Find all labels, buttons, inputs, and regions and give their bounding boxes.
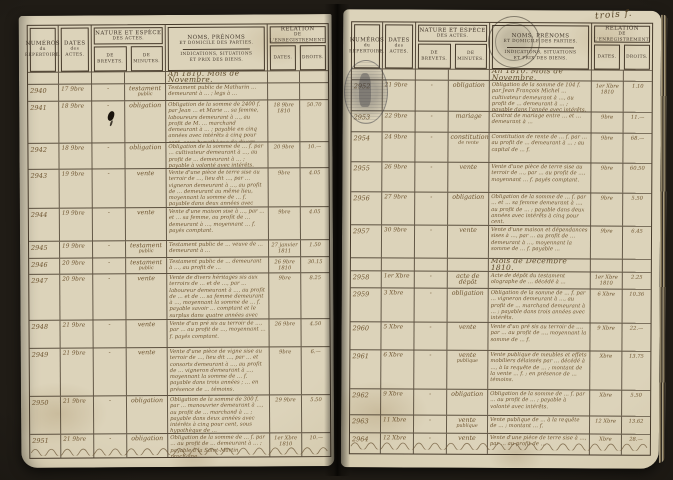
table-row: 294118 9bre-obligationObligation de la s… — [28, 99, 328, 143]
table-row: 296311 Xbre-ventepubliqueVente publique … — [350, 414, 650, 434]
act-type-label: obligation — [453, 82, 485, 89]
col-header-reg-droits: DROITS. — [298, 43, 328, 70]
entry-act-type: obligation — [125, 101, 166, 142]
registration-fee: 11.— — [624, 113, 652, 133]
entry-description: Testament public de Mathurin … demeurant… — [166, 83, 268, 100]
entry-description: Vente publique de … à la requête de … ; … — [488, 416, 590, 434]
registration-date: 9 Xbre — [590, 323, 622, 350]
act-type-label: vente — [459, 324, 477, 331]
table-row: 295526 9bre-venteVente d'une pièce de te… — [351, 161, 651, 193]
entry-description: Vente d'un pré sis au terroir de …, par … — [488, 323, 590, 351]
registration-date: 18 9bre 1810 — [268, 100, 300, 141]
act-type-sublabel: public — [127, 92, 163, 98]
table-row: 295627 9bre-obligationObligation de la s… — [351, 191, 651, 226]
brevet-mark: - — [414, 390, 447, 415]
col-header-brevets: DE BREVETS. — [92, 44, 129, 71]
table-row: 294419 9bre-venteVente d'une maison sise… — [29, 206, 329, 241]
empty-cell — [125, 72, 166, 83]
entry-date: 17 9bre — [59, 85, 92, 101]
registration-date — [268, 83, 300, 99]
entry-date: 27 9bre — [382, 192, 415, 224]
registration-fee: 4.05 — [301, 207, 329, 239]
entry-act-type: obligation — [127, 396, 168, 433]
entry-date: 26 9bre — [382, 162, 415, 191]
empty-cell — [351, 258, 382, 270]
act-type-label: obligation — [131, 435, 163, 442]
registration-fee: 6.— — [302, 347, 330, 394]
entry-number: 2955 — [351, 162, 382, 191]
brevet-mark: - — [93, 169, 126, 207]
entry-act-type: testamentpublic — [126, 258, 167, 273]
registration-fee: 1.50 — [301, 240, 329, 256]
entry-description: Vente de divers héritages sis aux terroi… — [167, 273, 269, 319]
entry-act-type: vente — [127, 348, 168, 395]
entry-date: 21 9bre — [61, 397, 94, 434]
registration-fee: 60.50 — [623, 164, 651, 193]
act-type-label: mariage — [455, 113, 481, 120]
table-row: 295424 9bre-constitutionde renteConstitu… — [351, 131, 651, 163]
table-header: NUMÉROS du RÉPERTOIRE. DATES des ACTES. — [352, 22, 652, 70]
entry-number: 2949 — [30, 349, 61, 396]
table-row: 29581er Xbre-acte de dépôtActe de dépôt … — [351, 270, 651, 289]
table-row: 294620 9bre-testamentpublicTestament pub… — [29, 256, 329, 274]
col-header-brevets: DE BREVETS. — [416, 42, 453, 69]
table-row: 294921 9bre-venteVente d'une pièce de vi… — [30, 346, 330, 396]
brevet-mark: - — [92, 143, 125, 168]
entry-act-type: obligation — [448, 289, 489, 322]
entry-act-type: vente — [447, 323, 488, 350]
empty-cell — [416, 70, 449, 80]
act-type-label: vente — [460, 164, 478, 171]
entry-description: Contrat de mariage entre … et … demeuran… — [490, 112, 592, 133]
registration-date: 9bre — [591, 193, 623, 225]
act-type-sublabel: public — [128, 249, 164, 255]
brevet-mark: - — [415, 163, 448, 192]
header-divider — [183, 48, 250, 49]
entry-act-type: testamentpublic — [125, 84, 166, 100]
entry-description: Obligation de la somme de … f. par … et … — [489, 193, 591, 226]
table-row: 295221 9bre-obligationObligation de la s… — [352, 79, 652, 112]
table-row: 294519 9bre-testamentpublicTestament pub… — [29, 239, 329, 258]
brevet-mark: - — [414, 416, 447, 433]
entry-number: 2963 — [350, 415, 381, 432]
brevet-mark: - — [414, 351, 447, 389]
act-type-label: vente — [137, 275, 155, 282]
registration-date: 9bre — [269, 168, 301, 206]
brevet-mark: - — [93, 241, 126, 257]
month-heading: An 1810. Mois de Novembre. — [492, 70, 589, 81]
act-type-label: obligation — [129, 102, 161, 109]
entry-number: 2960 — [350, 322, 381, 349]
entry-number: 2962 — [350, 389, 381, 414]
entry-description: Acte de dépôt du testament olographe de … — [489, 272, 591, 289]
table-body-right: An 1810. Mois de Novembre.295221 9bre-ob… — [350, 68, 652, 455]
entry-act-type: constitutionde rente — [448, 133, 489, 162]
entry-description: Vente d'une pièce de vigne sise au terro… — [168, 347, 270, 395]
entry-number: 2941 — [28, 102, 59, 143]
entry-description: Obligation de la somme de 300 f. par … m… — [168, 395, 270, 433]
registration-fee: 22.— — [622, 324, 650, 351]
entry-date: 6 Xbre — [381, 350, 414, 388]
entry-description: Vente d'une pièce de terre sise au terro… — [489, 163, 591, 193]
entry-date: 20 9bre — [60, 259, 93, 274]
entry-description: Vente d'une maison et dépendances sises … — [489, 226, 591, 259]
entry-act-type: obligation — [448, 193, 489, 225]
registration-fee: 50.70 — [300, 100, 328, 141]
entry-number: 2958 — [351, 271, 382, 287]
entry-act-type: acte de dépôt — [448, 272, 489, 288]
registration-fee: 13.62 — [622, 417, 650, 434]
entry-description: Testament public de … demeurant à …, au … — [167, 257, 269, 273]
entry-number: 2952 — [352, 80, 383, 110]
registration-fee: 2.25 — [623, 273, 651, 289]
col-header-nature: NATURE ET ESPÈCE DES ACTES. DE BREVETS. … — [416, 23, 490, 69]
registration-fee: 5.50 — [623, 194, 651, 226]
entry-act-type: vente — [126, 274, 167, 319]
month-heading-row: Mois de Décembre 1810. — [351, 257, 651, 272]
entry-description: Vente publique de meubles et effets mobi… — [488, 351, 590, 390]
registration-date: 6 Xbre — [591, 289, 623, 322]
entry-number: 2948 — [29, 321, 60, 348]
table-row: 29616 Xbre-ventepubliqueVente publique d… — [350, 349, 650, 390]
col-header-minutes: DE MINUTES. — [128, 44, 165, 71]
brevet-mark: - — [93, 274, 126, 319]
table-row: 295730 9bre-venteVente d'une maison et d… — [351, 224, 651, 259]
registration-fee: 4.05 — [301, 168, 329, 206]
empty-cell — [623, 260, 651, 272]
entry-date: 21 9bre — [60, 321, 93, 348]
registration-fee: 13.75 — [622, 352, 650, 390]
col-header-dates: DATES des ACTES. — [59, 26, 92, 72]
col-header-reg-dates: DATES. — [592, 42, 622, 69]
registration-date: 27 janvier 1811 — [269, 240, 301, 256]
act-type-label: vente — [137, 209, 155, 216]
act-type-label: obligation — [452, 194, 484, 201]
entry-description: Vente d'une maison sise à …, par … et … … — [167, 207, 269, 240]
entry-act-type: testamentpublic — [126, 241, 167, 257]
entry-description: Obligation de la somme de 2400 f. par Je… — [166, 100, 268, 142]
brevet-mark: - — [415, 289, 448, 322]
registration-date: 9bre — [591, 133, 623, 162]
brevet-mark: - — [94, 348, 127, 395]
entry-act-type: ventepublique — [447, 351, 488, 389]
month-heading-cell: An 1810. Mois de Novembre. — [166, 71, 268, 83]
brevet-mark: - — [415, 133, 448, 162]
entry-number: 2950 — [30, 397, 61, 434]
entry-number: 2943 — [29, 170, 60, 208]
empty-cell — [449, 70, 490, 80]
brevet-mark: - — [93, 258, 126, 273]
registration-fee: 68.— — [623, 134, 651, 163]
act-type-label: obligation — [131, 397, 163, 404]
act-type-sublabel: public — [128, 266, 164, 272]
registration-date: 9bre — [269, 273, 301, 318]
registration-date: Xbre — [590, 390, 622, 415]
registration-fee: 10.— — [300, 142, 328, 167]
act-type-label: obligation — [452, 290, 484, 297]
month-heading-cell: Mois de Décembre 1810. — [489, 259, 591, 272]
entry-number: 2945 — [29, 242, 60, 258]
entry-description: Obligation de la somme de … f. par … au … — [488, 390, 590, 416]
entry-number: 2953 — [352, 111, 383, 131]
entry-date: 1er Xbre — [382, 271, 415, 287]
brevet-mark: - — [94, 396, 127, 433]
empty-cell — [591, 259, 623, 271]
entry-act-type: vente — [448, 226, 489, 258]
entry-act-type: vente — [126, 320, 167, 347]
entry-act-type: vente — [126, 208, 167, 240]
act-type-sublabel: de rente — [450, 141, 486, 147]
col-header-noms: NOMS, PRÉNOMS ET DOMICILE DES PARTIES. I… — [166, 24, 268, 71]
registration-date: 26 9bre 1810 — [269, 257, 301, 272]
entry-description: Vente d'un pré sis au terroir de …, par … — [167, 319, 269, 347]
registration-fee: 6.45 — [623, 227, 651, 259]
act-type-sublabel: publique — [449, 424, 485, 430]
entry-date: 18 9bre — [59, 144, 92, 169]
empty-cell — [300, 71, 328, 82]
entry-description: Testament public de … veuve de … demeura… — [167, 240, 269, 257]
entry-number: 2947 — [29, 275, 60, 320]
entry-number: 2954 — [351, 132, 382, 161]
registration-fee: 30.15 — [301, 257, 329, 272]
entry-date: 5 Xbre — [381, 322, 414, 349]
empty-cell — [352, 69, 383, 79]
brevet-mark: - — [416, 81, 449, 111]
table-row: 294319 9bre-venteVente d'une pièce de te… — [29, 167, 329, 208]
registration-date: 12 Xbre — [590, 416, 622, 433]
table-row: 294821 9bre-venteVente d'un pré sis au t… — [29, 318, 329, 348]
left-page: NUMÉROS du RÉPERTOIRE. DATES des ACTES. — [19, 14, 335, 468]
table-header: NUMÉROS du RÉPERTOIRE. DATES des ACTES. — [28, 24, 328, 72]
entry-number: 2957 — [351, 225, 382, 257]
month-heading: Mois de Décembre 1810. — [491, 259, 588, 272]
entry-number: 2944 — [29, 209, 60, 241]
entry-description: Vente d'une pièce de terre sise au terro… — [167, 168, 269, 207]
col-header-numeros: NUMÉROS du RÉPERTOIRE. — [352, 22, 383, 68]
entry-date: 11 Xbre — [381, 415, 414, 432]
entry-number: 2961 — [350, 350, 381, 388]
entry-description: Obligation de la somme de … f. par … vig… — [489, 289, 591, 323]
entry-date: 9 Xbre — [381, 389, 414, 414]
repertoire-table-left: NUMÉROS du RÉPERTOIRE. DATES des ACTES. — [27, 23, 332, 459]
brevet-mark: - — [414, 323, 447, 350]
registration-date: 26 9bre — [269, 319, 301, 346]
empty-cell — [592, 70, 624, 80]
entry-date: 19 9bre — [60, 242, 93, 258]
registration-fee: 5.50 — [622, 391, 650, 416]
registration-fee: 4.50 — [301, 319, 329, 346]
registration-date: 20 9bre — [268, 142, 300, 167]
entry-act-type: obligation — [449, 81, 490, 111]
entry-date: 18 9bre — [59, 102, 92, 143]
registration-date: 9bre — [269, 207, 301, 239]
empty-cell — [59, 73, 92, 84]
col-header-noms: NOMS, PRÉNOMS ET DOMICILE DES PARTIES. I… — [490, 23, 592, 70]
entry-number: 2946 — [29, 259, 60, 274]
act-type-label: vente — [459, 227, 477, 234]
brevet-mark: - — [416, 112, 449, 132]
table-row: 295021 9bre-obligationObligation de la s… — [30, 394, 330, 434]
col-header-relation: RELATION DE L'ENREGISTREMENT. DATES. DRO… — [268, 24, 328, 70]
registration-date: 1er Xbre 1810 — [591, 272, 623, 288]
entry-date: 19 9bre — [60, 170, 93, 208]
entry-date: 22 9bre — [383, 111, 416, 131]
month-heading-row: An 1810. Mois de Novembre. — [28, 70, 328, 84]
entry-date: 3 Xbre — [382, 288, 415, 321]
month-heading-cell: An 1810. Mois de Novembre. — [490, 70, 592, 81]
entry-act-type: vente — [448, 163, 489, 192]
entry-act-type: obligation — [447, 390, 488, 415]
registration-fee: 1.10 — [624, 82, 652, 112]
month-heading-row: An 1810. Mois de Novembre. — [352, 68, 652, 81]
registration-date: Xbre — [590, 351, 622, 389]
act-type-label: acte de dépôt — [456, 273, 479, 286]
brevet-mark: - — [415, 226, 448, 258]
entry-date: 24 9bre — [382, 132, 415, 161]
col-header-reg-dates: DATES. — [268, 43, 298, 70]
entry-act-type: mariage — [449, 112, 490, 132]
empty-cell — [448, 259, 489, 271]
registration-date: 9bre — [591, 163, 623, 192]
entry-date: 21 9bre — [383, 80, 416, 110]
empty-cell — [382, 258, 415, 270]
header-divider — [507, 47, 574, 48]
entry-act-type: obligation — [125, 143, 166, 168]
registration-date: 1er Xbre 1810 — [592, 81, 624, 111]
entry-description: Obligation de la somme de … f. par … cul… — [166, 142, 268, 168]
empty-cell — [268, 71, 300, 82]
act-type-sublabel: publique — [449, 359, 485, 365]
act-type-label: vente — [137, 170, 155, 177]
col-header-nature: NATURE ET ESPÈCE DES ACTES. DE BREVETS. … — [92, 25, 166, 71]
month-heading: An 1810. Mois de Novembre. — [168, 71, 265, 83]
brevet-mark: - — [92, 84, 125, 100]
entry-date: 30 9bre — [382, 225, 415, 257]
entry-description: Constitution de rente de … f. par … au p… — [489, 133, 591, 163]
entry-number: 2942 — [28, 144, 59, 169]
brevet-mark: - — [415, 193, 448, 225]
registration-date: 9bre — [592, 112, 624, 132]
table-body-left: An 1810. Mois de Novembre.294017 9bre-te… — [28, 70, 330, 458]
registration-date: 29 9bre — [270, 395, 302, 432]
empty-cell — [383, 69, 416, 79]
registration-fee: 8.25 — [301, 273, 329, 318]
empty-cell — [92, 72, 125, 83]
col-header-reg-droits: DROITS. — [622, 43, 652, 70]
closing-flourish — [349, 441, 649, 451]
empty-cell — [624, 71, 652, 81]
col-header-minutes: DE MINUTES. — [452, 42, 489, 69]
table-row: 294720 9bre-venteVente de divers héritag… — [29, 272, 329, 320]
brevet-mark: - — [93, 208, 126, 240]
registration-date: 9bre — [270, 347, 302, 394]
registration-date: 9bre — [591, 226, 623, 258]
empty-cell — [415, 259, 448, 271]
act-type-label: obligation — [129, 144, 161, 151]
act-type-label: obligation — [451, 391, 483, 398]
entry-number: 2959 — [351, 288, 382, 321]
entry-number: 2940 — [28, 85, 59, 101]
entry-date: 20 9bre — [60, 275, 93, 320]
col-header-relation: RELATION DE L'ENREGISTREMENT. DATES. DRO… — [592, 23, 652, 69]
entry-date: 19 9bre — [60, 209, 93, 241]
entry-date: 21 9bre — [61, 349, 94, 396]
registration-fee — [300, 83, 328, 99]
table-row: 294218 9bre-obligationObligation de la s… — [28, 141, 328, 169]
empty-cell — [28, 73, 59, 84]
table-row: 294017 9bre-testamentpublicTestament pub… — [28, 82, 328, 101]
col-header-dates: DATES des ACTES. — [383, 22, 416, 68]
repertoire-table-right: NUMÉROS du RÉPERTOIRE. DATES des ACTES. — [349, 21, 653, 456]
table-row: 29593 Xbre-obligationObligation de la so… — [351, 287, 651, 323]
entry-act-type: vente — [126, 169, 167, 207]
table-row: 29605 Xbre-venteVente d'un pré sis au te… — [350, 321, 650, 351]
registration-fee: 10.36 — [623, 290, 651, 323]
right-page: NUMÉROS du RÉPERTOIRE. DATES des ACTES. — [341, 9, 661, 469]
registration-fee: 5.50 — [302, 395, 330, 432]
brevet-mark: - — [92, 101, 125, 142]
entry-act-type: ventepublique — [447, 416, 488, 433]
table-row: 295322 9bre-mariageContrat de mariage en… — [352, 110, 652, 133]
scanned-register-photo: NUMÉROS du RÉPERTOIRE. DATES des ACTES. — [0, 0, 673, 480]
brevet-mark: - — [93, 320, 126, 347]
col-header-numeros: NUMÉROS du RÉPERTOIRE. — [28, 26, 59, 72]
brevet-mark: - — [415, 272, 448, 288]
entry-description: Obligation de la somme de 104 f. par Jea… — [490, 81, 592, 112]
table-row: 29629 Xbre-obligationObligation de la so… — [350, 388, 650, 416]
act-type-label: vente — [138, 321, 156, 328]
act-type-label: vente — [138, 349, 156, 356]
entry-number: 2956 — [351, 192, 382, 224]
